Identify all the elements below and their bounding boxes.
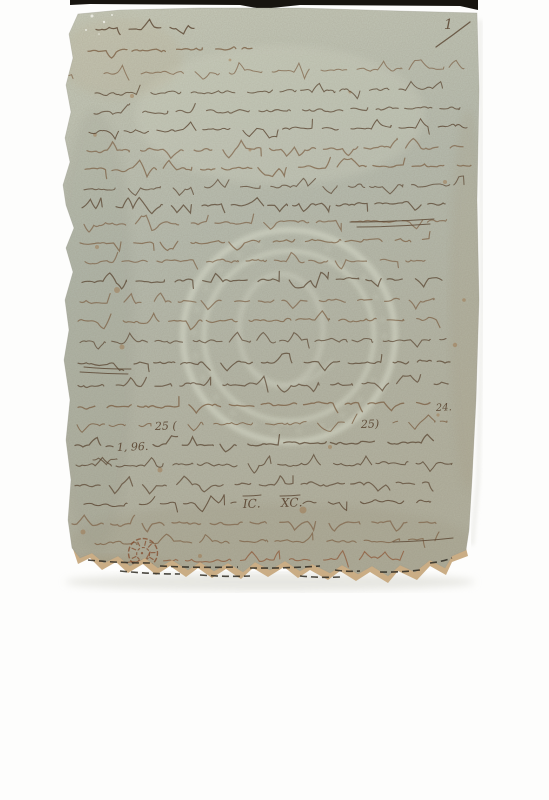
legible-fragment: 24. [435,402,452,414]
foxing-spot [229,59,232,62]
legible-fragment: 25) [360,417,380,431]
legible-fragment: ΧϹ. [280,495,303,510]
foxing-spot [114,287,120,293]
foxing-spot [328,445,332,449]
foxing-spot [95,245,99,249]
foxing-spot [120,345,125,350]
foxing-spot [198,554,202,558]
damage-speck [103,21,105,23]
legible-fragment: 1, 96. [117,440,149,454]
scanned-document: 24.25 (25)1, 96.ΙϹ.ΧϹ. 1 [0,0,549,800]
foxing-spot [443,180,447,184]
legible-fragment: 25 ( [154,419,178,433]
foxing-spot [453,343,457,347]
manuscript-canvas: 24.25 (25)1, 96.ΙϹ.ΧϹ. 1 [0,0,549,800]
damage-speck [98,33,100,35]
damage-speck [91,15,94,18]
foxing-spot [462,298,466,302]
foxing-spot [81,530,86,535]
foxing-spot [158,468,163,473]
foxing-spot [130,94,134,98]
legible-fragment: ΙϹ. [242,496,261,511]
damage-speck [85,29,87,31]
page-number: 1 [444,17,453,33]
damage-speck [111,14,113,16]
